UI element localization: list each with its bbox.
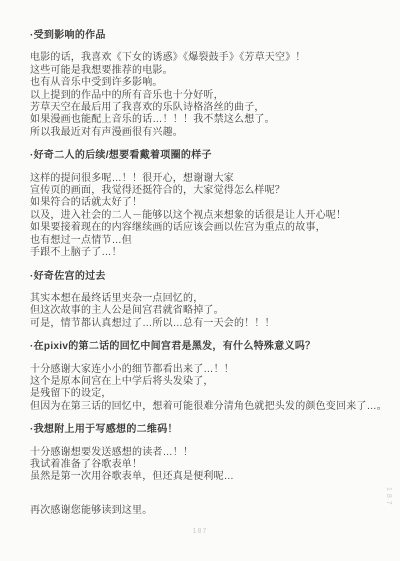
text-line: 但因为在第三话的回忆中，想着可能很难分清角色就把头发的颜色变回来了…。 [30,401,396,413]
text-line: 虽然是第一次用谷歌表单，但还真是便利呢… [30,471,396,483]
section-body: 这样的提问很多呢…！！很开心，想谢谢大家宣传页的画面，我觉得还挺符合的，大家觉得… [30,173,396,260]
text-line: 宣传页的画面，我觉得还挺符合的，大家觉得怎么样呢？ [30,185,396,197]
afterword-page: ·受到影响的作品电影的话，我喜欢《下女的诱惑》《爆裂鼓手》《芳草天空》！这些可能… [0,0,400,561]
text-line: 这个是原本间宫在上中学后将头发染了， [30,376,396,388]
text-line: 十分感谢大家连小小的细节都看出来了…！！ [30,364,396,376]
qa-section: ·好奇佐宫的过去其实本想在最终话里夹杂一点回忆的，但这次故事的主人公是间宫君就省… [30,271,396,331]
text-line: 如果符合的话就太好了！ [30,197,396,209]
section-heading: ·受到影响的作品 [30,30,396,42]
text-line: 所以我最近对有声漫画很有兴趣。 [30,127,396,139]
qa-section: ·受到影响的作品电影的话，我喜欢《下女的诱惑》《爆裂鼓手》《芳草天空》！这些可能… [30,30,396,139]
text-line: 其实本想在最终话里夹杂一点回忆的， [30,293,396,305]
text-line: 如果要接着现在的内容继续画的话应该会画以佐宫为重点的故事， [30,222,396,234]
qa-section: 再次感谢您能够读到这里。 [30,505,396,517]
footer-faint-text: 187 [193,528,208,535]
section-heading: ·在pixiv的第二话的回忆中间宫君是黑发，有什么特殊意义吗？ [30,341,396,353]
section-body: 其实本想在最终话里夹杂一点回忆的，但这次故事的主人公是间宫君就省略掉了。可是，情… [30,293,396,330]
section-body: 电影的话，我喜欢《下女的诱惑》《爆裂鼓手》《芳草天空》！这些可能是我想要推荐的电… [30,52,396,139]
section-heading: ·好奇二人的后续/想要看戴着项圈的样子 [30,150,396,162]
text-line: 这些可能是我想要推荐的电影。 [30,65,396,77]
text-line: 电影的话，我喜欢《下女的诱惑》《爆裂鼓手》《芳草天空》！ [30,52,396,64]
text-line: 如果漫画也能配上音乐的话…！！！我不禁这么想了。 [30,114,396,126]
section-heading: ·我想附上用于写感想的二维码！ [30,424,396,436]
page-number-vertical: 187 [385,487,392,508]
text-line: 十分感谢想要发送感想的读者…！！ [30,447,396,459]
text-line: 是残留下的设定， [30,388,396,400]
text-line: 可是，情节都认真想过了…所以…总有一天会的！！！ [30,318,396,330]
qa-content: ·受到影响的作品电影的话，我喜欢《下女的诱惑》《爆裂鼓手》《芳草天空》！这些可能… [30,30,396,528]
qa-section: ·在pixiv的第二话的回忆中间宫君是黑发，有什么特殊意义吗？十分感谢大家连小小… [30,341,396,413]
text-line: 手跟不上脑子了…！ [30,247,396,259]
section-body: 十分感谢想要发送感想的读者…！！我试着准备了谷歌表单！虽然是第一次用谷歌表单，但… [30,447,396,484]
text-line: 以上提到的作品中的所有音乐也十分好听， [30,90,396,102]
qa-section: ·我想附上用于写感想的二维码！十分感谢想要发送感想的读者…！！我试着准备了谷歌表… [30,424,396,484]
text-line: 芳草天空在最后用了我喜欢的乐队诗格洛丝的曲子， [30,102,396,114]
text-line: 也有从音乐中受到许多影响。 [30,77,396,89]
section-heading: ·好奇佐宫的过去 [30,271,396,283]
text-line: 这样的提问很多呢…！！很开心，想谢谢大家 [30,173,396,185]
text-line: 以及，进入社会的二人－能够以这个视点来想象的话很是让人开心呢！ [30,210,396,222]
section-body: 再次感谢您能够读到这里。 [30,505,396,517]
text-line: 但这次故事的主人公是间宫君就省略掉了。 [30,305,396,317]
qa-section: ·好奇二人的后续/想要看戴着项圈的样子这样的提问很多呢…！！很开心，想谢谢大家宣… [30,150,396,259]
text-line: 再次感谢您能够读到这里。 [30,505,396,517]
text-line: 我试着准备了谷歌表单！ [30,459,396,471]
section-body: 十分感谢大家连小小的细节都看出来了…！！这个是原本间宫在上中学后将头发染了，是残… [30,364,396,414]
text-line: 也有想过一点情节…但 [30,235,396,247]
